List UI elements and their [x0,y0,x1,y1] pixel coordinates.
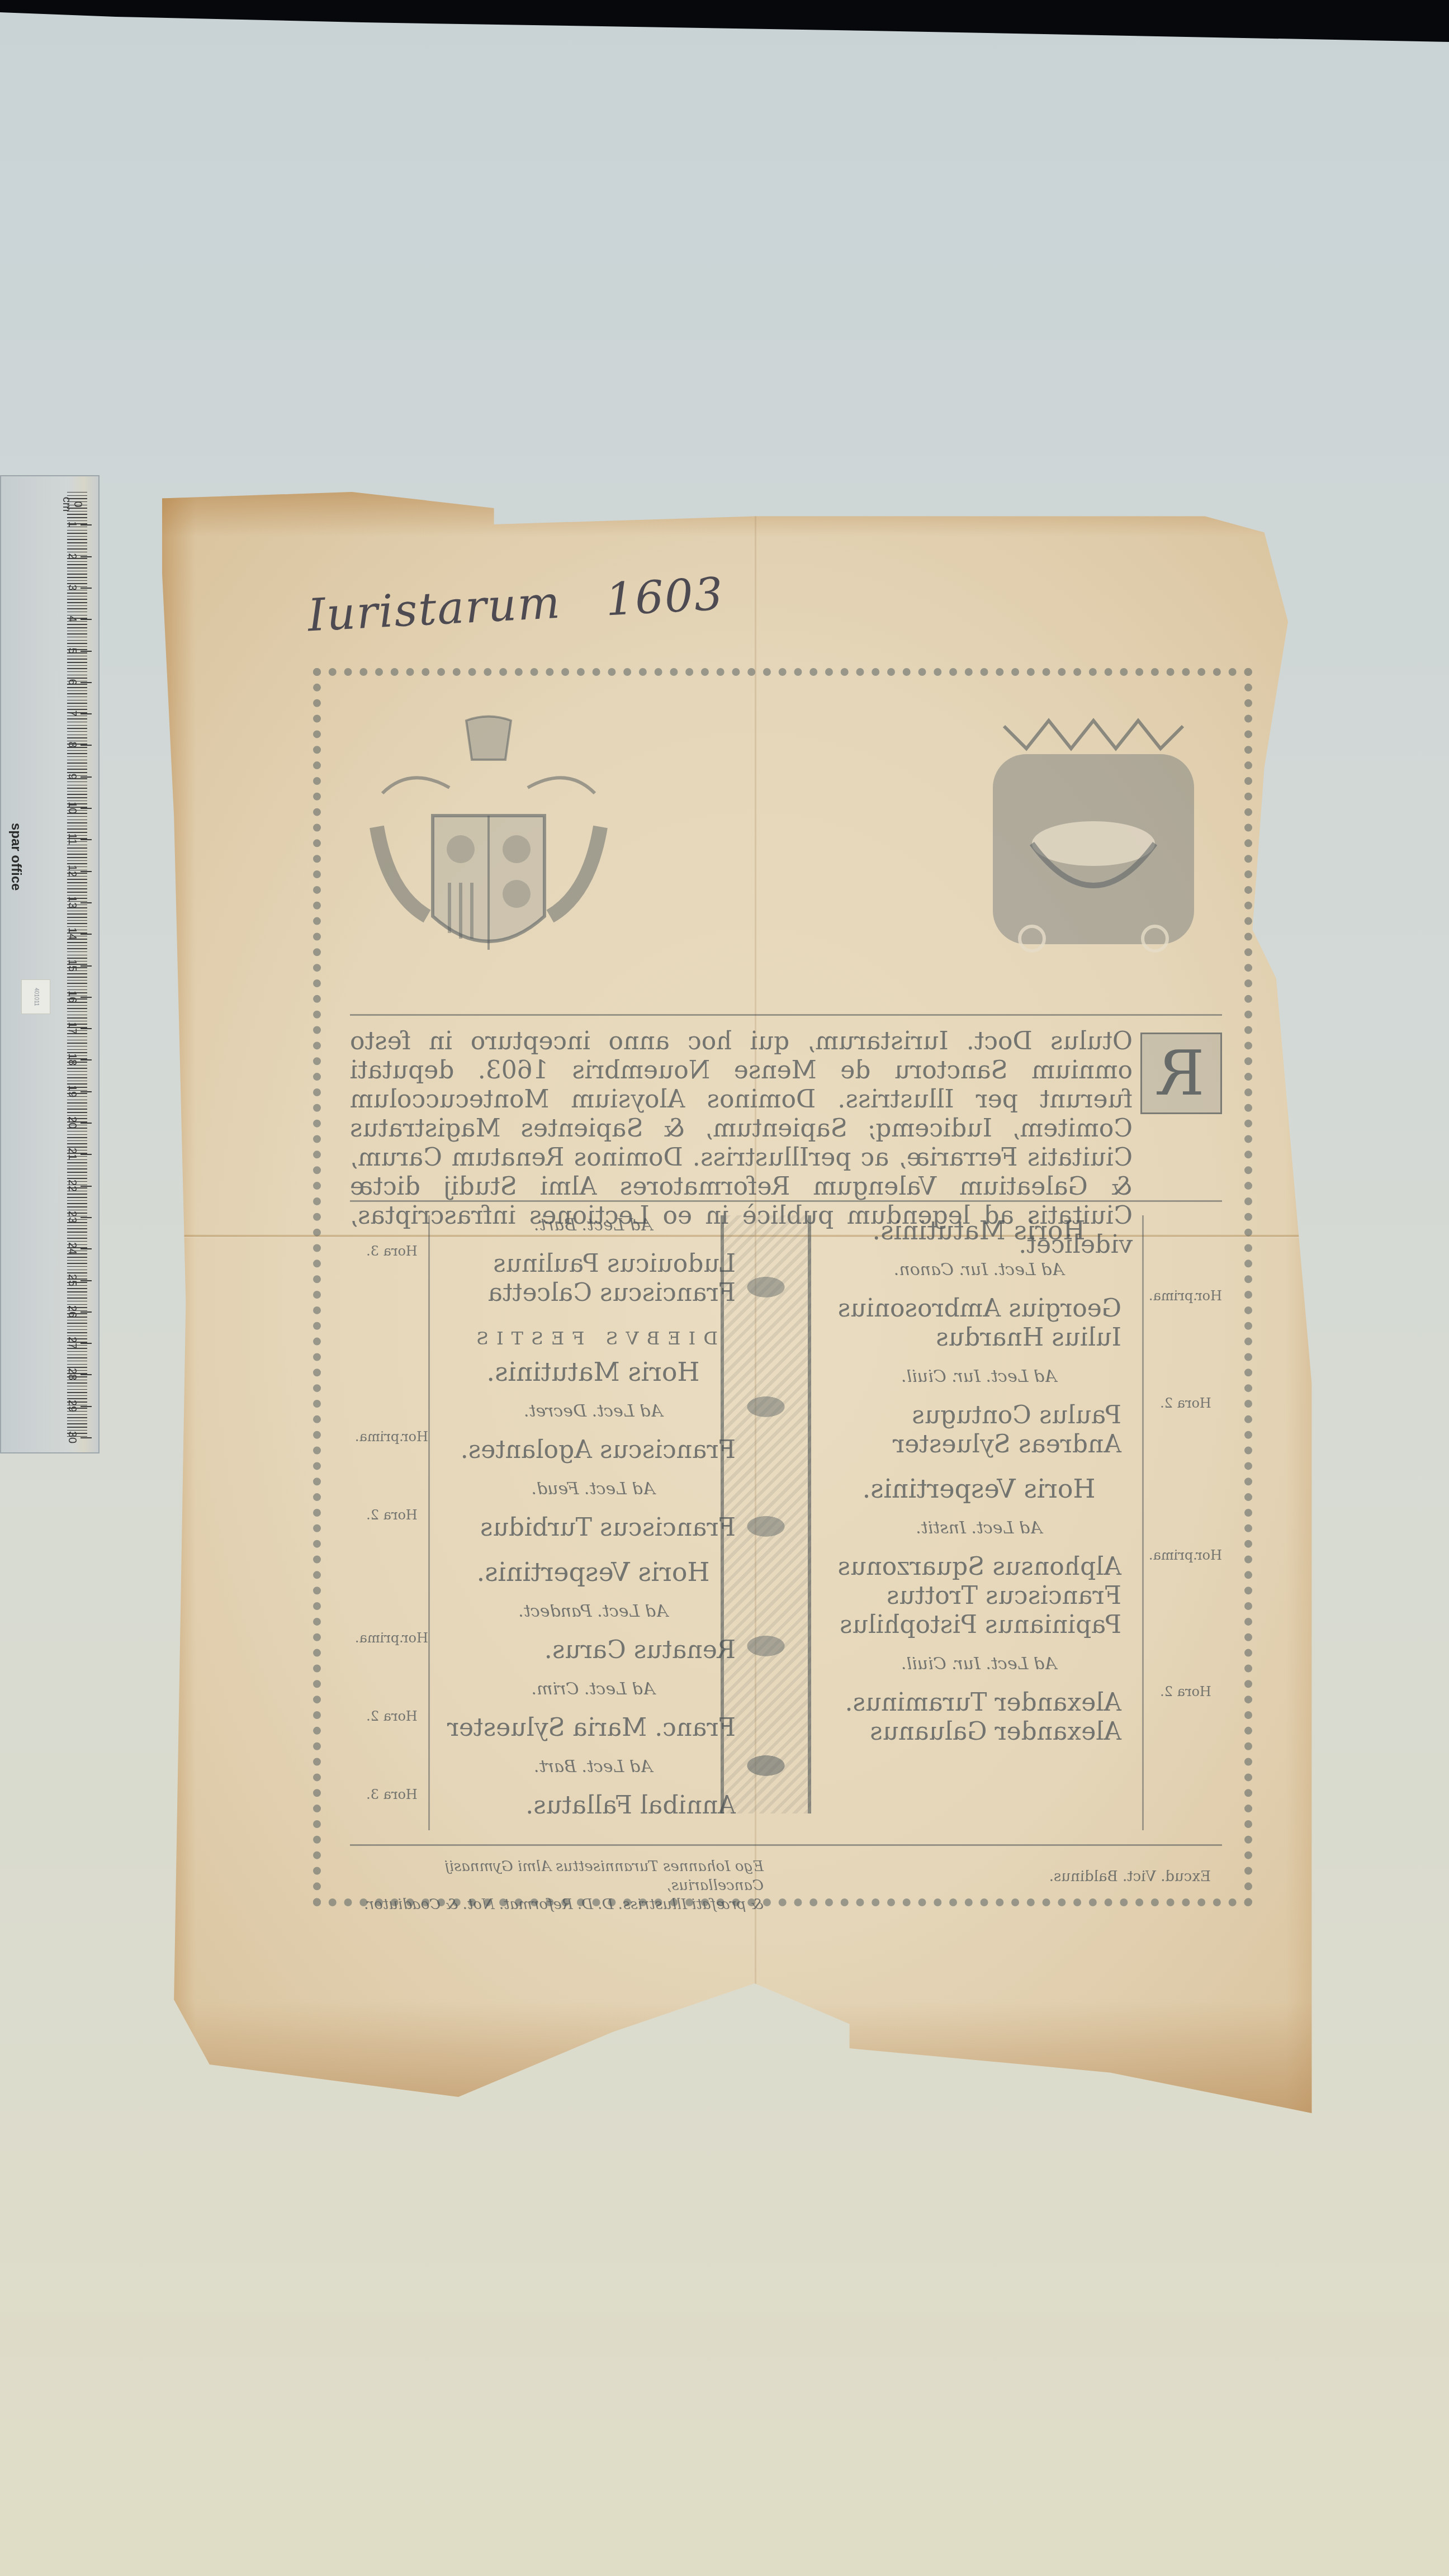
ruler-tick [80,997,92,998]
hour-label: Hora 2. [356,1507,428,1523]
ruler-tick [80,1154,92,1155]
ruler-tick [80,776,92,778]
ruler-tick [80,1059,92,1060]
ruler-tick-label: 9 [67,768,78,785]
ruler-tick-label: 22 [67,1177,78,1194]
ruler-tick [80,902,92,903]
section-heading: Horis Matutinis. [831,1215,1127,1246]
ruler-tick-label: 26 [67,1303,78,1320]
hour-label: Hor.prima. [1149,1288,1222,1304]
ruler-tick-label: 15 [67,957,78,974]
ruler-tick-label: 11 [67,831,78,847]
ruler-tick [80,713,92,714]
hour-label: Hora 2. [356,1708,428,1724]
lecture-subject: Ad Lect. Instit. [831,1518,1127,1538]
entries-weekdays: Horis Matutinis.Ad Lect. Iur. Canon.Geor… [831,1215,1127,1761]
ruler-tick [80,965,92,967]
schedule-column-weekdays: Hor.prima.Hora 2.Hor.prima.Hora 2. Horis… [831,1215,1222,1830]
handwritten-year: 1603 [604,568,725,626]
ruler-tick [80,934,92,935]
ruler-tick [80,1406,92,1407]
lecture-subject: Ad Lect. Feud. [445,1479,741,1499]
lecturer-name: Alphonsus Squarzonus [831,1552,1127,1581]
ruler-tick-label: 19 [67,1083,78,1100]
ruler-tick-label: 5 [67,642,78,659]
ruler-tick [80,524,92,525]
ruler-tick-label: 29 [67,1398,78,1414]
ruler-tick-label: 17 [67,1020,78,1036]
lecture-subject: Ad Lect. Iur. Ciuil. [831,1367,1127,1386]
ruler-tick [80,871,92,872]
ruler-tick [80,651,92,652]
lecture-subject: Ad Lect. Crim. [445,1679,741,1699]
ruler-tick-label: 2 [67,548,78,565]
hour-label: Hora 2. [1149,1395,1222,1411]
lecturer-name: Andreas Syluester [831,1430,1127,1459]
dark-background-band [0,0,1449,45]
ruler-unit-label: 0 cm [61,496,83,513]
hour-label: Hora 3. [356,1787,428,1802]
ruler-tick-label: 23 [67,1209,78,1225]
ruler-tick-label: 12 [67,863,78,879]
ruler-tick-label: 28 [67,1366,78,1382]
hour-label: Hor.prima. [1149,1547,1222,1563]
hour-column: Hora 3.Hor.prima.Hora 2.Hor.prima.Hora 2… [350,1215,430,1830]
printer-credit: Excud. Vict. Baldinus. [1049,1868,1211,1885]
coat-of-arms-helmeted [366,715,612,972]
ruler-tick-label: 7 [67,705,78,722]
ruler-tick-label: 6 [67,674,78,690]
hour-label: Hora 2. [1149,1684,1222,1699]
lecturer-name: Franciscus Agolantes. [445,1436,741,1465]
imprint-line: Ego Iohannes Turannisettus Almi Gymnasij… [361,1857,764,1895]
lecturer-name: Franciscus Calcetta [445,1278,741,1308]
mirrored-print: R Otulus Doct. Iuristarum, qui hoc anno … [343,698,1222,1876]
hour-label: Hor.prima. [356,1429,428,1445]
lecture-subject: Ad Lect. Bart. [445,1757,741,1777]
decorated-initial: R [1140,1033,1222,1114]
lecture-subject: Ad Lect. Decret. [445,1401,741,1421]
ruler-tick-label: 24 [67,1240,78,1257]
lecturer-name: Paulus Contugus [831,1401,1127,1430]
document-footer: Excud. Vict. Baldinus. Ego Iohannes Tura… [350,1844,1222,1902]
ruler-tick [80,1123,92,1124]
ruler-tick [80,588,92,589]
ruler-brand: spar office [8,823,23,891]
ruler-tick [80,808,92,809]
lecturer-name: Alexander Turaminus. [831,1688,1127,1717]
ruler-tick [80,1186,92,1187]
measuring-ruler: 1234567891011121314151617181920212223242… [0,475,100,1453]
section-heading: DIEBVS FESTIS [445,1328,741,1349]
hour-column: Hor.prima.Hora 2.Hor.prima.Hora 2. [1142,1215,1222,1830]
ruler-tick [80,682,92,683]
ruler-tick [80,1311,92,1313]
schedule-column-feastdays: Hora 3.Hor.prima.Hora 2.Hor.prima.Hora 2… [350,1215,741,1830]
lecturer-name: Papinianus Pistophilus [831,1611,1127,1640]
ruler-tick-label: 13 [67,894,78,911]
hour-label: Hor.prima. [356,1630,428,1646]
lecturer-name: Renatus Carus. [445,1636,741,1665]
section-heading: Horis Vespertinis. [445,1557,741,1587]
ruler-tick-label: 10 [67,799,78,816]
imprint-line: & præfati Illustriss. D. D. Reformat. No… [361,1895,764,1914]
ruler-tick [80,1248,92,1249]
ruler-tick [80,619,92,620]
ruler-tick [80,1374,92,1375]
ruler-tick [80,745,92,746]
ruler-tick [80,1437,92,1438]
lecture-subject: Ad Lect. Iur. Ciuil. [831,1654,1127,1674]
lecturer-name: Georgius Ambrosonius [831,1294,1127,1323]
ruler-tick-label: 8 [67,736,78,753]
ruler-tick [80,556,92,557]
ruler-tick [80,839,92,840]
ruler-ticks: 1234567891011121314151617181920212223242… [1,476,98,1452]
helmeted-shield-icon [366,715,612,972]
coat-of-arms-crowned [970,715,1216,972]
ruler-tick [80,1343,92,1344]
lecturer-name: Franciscus Trottus [831,1581,1127,1611]
ruler-tick-label: 16 [67,988,78,1005]
lecturer-name: Ludouicus Paulinus [445,1249,741,1278]
ruler-tick-label: 14 [67,925,78,942]
ruler-tick-label: 3 [67,579,78,596]
ruler-tick-label: 25 [67,1272,78,1289]
crowned-shield-icon [970,715,1216,972]
ruler-tick [80,1280,92,1281]
lecture-subject: Ad Lect. Bart. [445,1215,741,1235]
lecturer-name: Franciscus Turbidus [445,1513,741,1542]
ruler-tick [80,1091,92,1092]
ruler-tick-label: 30 [67,1429,78,1446]
ruler-tick-label: 20 [67,1114,78,1131]
ruler-tick-label: 21 [67,1145,78,1162]
printed-border-frame: R Otulus Doct. Iuristarum, qui hoc anno … [313,668,1252,1906]
lecturer-name: Annibal Fallatus. [445,1791,741,1820]
hour-label: Hora 3. [356,1243,428,1259]
section-subheading: Horis Matutinis. [445,1357,741,1387]
lecture-subject: Ad Lect. Iur. Canon. [831,1260,1127,1280]
ruler-tick-label: 18 [67,1051,78,1068]
lecture-subject: Ad Lect. Pandect. [445,1602,741,1621]
ruler-tick-label: 4 [67,610,78,627]
ruler-sticker: 401011 [21,979,50,1014]
ruler-tick-label: 1 [67,516,78,533]
intro-block: R Otulus Doct. Iuristarum, qui hoc anno … [350,1014,1222,1202]
lecture-schedule: Hor.prima.Hora 2.Hor.prima.Hora 2. Horis… [350,1215,1222,1830]
ruler-tick [80,1217,92,1218]
lecturer-name: Alexander Galuanus [831,1717,1127,1746]
lecturer-name: Iulius Hnardus [831,1323,1127,1352]
lecturer-name: Franc. Maria Syluester [445,1713,741,1742]
ruler-tick-label: 27 [67,1334,78,1351]
section-heading: Horis Vespertinis. [831,1474,1127,1504]
imprint-note: Ego Iohannes Turannisettus Almi Gymnasij… [361,1857,764,1914]
entries-feastdays: Ad Lect. Bart.Ludouicus PaulinusFrancisc… [445,1215,741,1835]
ruler-tick [80,1028,92,1029]
